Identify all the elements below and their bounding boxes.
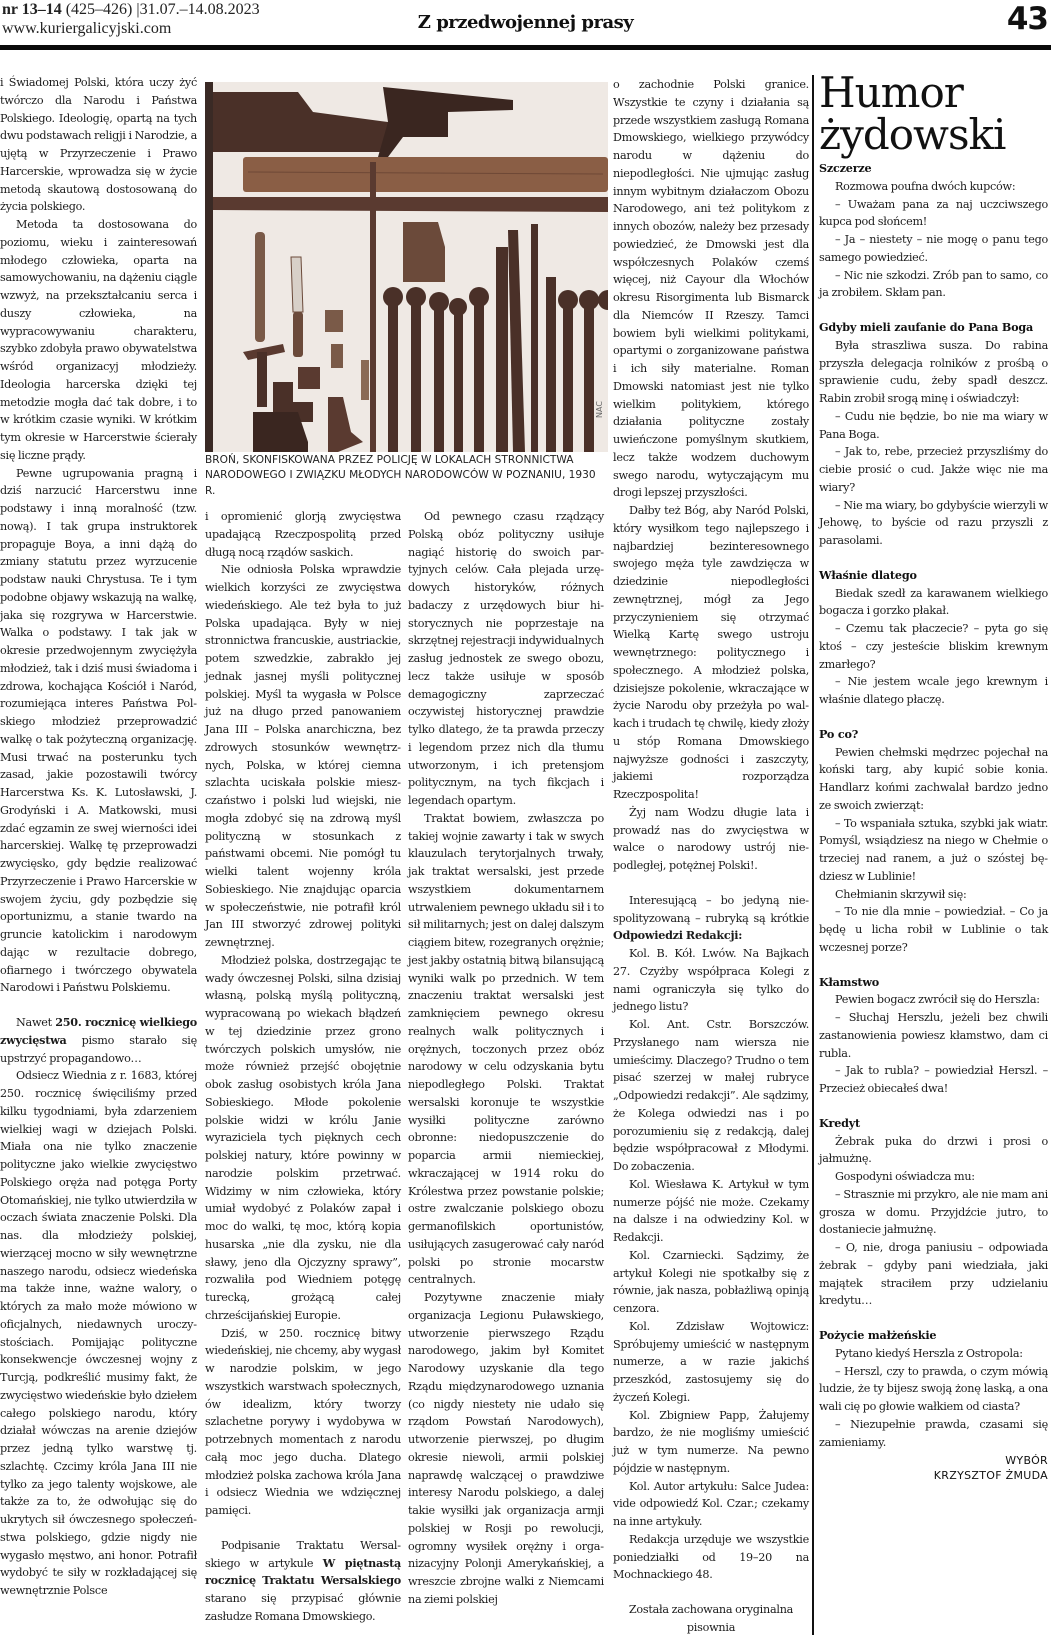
humor-sidebar: Humor żydowski Szczerze Rozmowa poufna d… <box>819 70 1048 1483</box>
paragraph: i opromienić glorją zwycięstwa upadającą… <box>205 508 401 561</box>
joke-title: Właśnie dlatego <box>819 567 1048 585</box>
header-rule <box>0 45 1051 50</box>
photo-caption: Broń, skonfiskowana przez policję w loka… <box>205 453 605 499</box>
paragraph: i Świadomej Polski, która uczy żyć twórc… <box>0 74 197 216</box>
spelling-note: Została zachowana oryginalna pisownia <box>613 1601 809 1637</box>
section-title: Z przedwojennej prasy <box>0 12 1051 33</box>
paragraph: Traktat bowiem, zwłaszcza po takiej wojn… <box>408 810 604 1289</box>
joke-title: Po co? <box>819 726 1048 744</box>
editorial-answer: Kol. B. Kół. Lwów. Na Bajkach 27. Czyżby… <box>613 945 809 1016</box>
editorial-answer: Kol. Czarniecki. Sądzimy, że artykuł Kol… <box>613 1247 809 1318</box>
paragraph: Odsiecz Wiednia z r. 1683, której 250. r… <box>0 1067 197 1600</box>
editorial-answer: Kol. Autor artykułu: Salce Ju­dea: vide … <box>613 1478 809 1531</box>
paragraph: Od pewnego czasu rządzący Polską obóz po… <box>408 508 604 810</box>
excerpt-intro: Interesującą – bo jedyną nie­spolityzowa… <box>613 892 809 945</box>
page-header: nr 13–14 (425–426) |31.07.–14.08.2023 ww… <box>0 0 1051 44</box>
excerpt-title: Odpowiedzi Redakcji: <box>613 928 742 942</box>
joke-body: Pewien chełmski mędrzec pojechał na końs… <box>819 744 1048 957</box>
humor-title: Humor żydowski <box>819 72 1048 156</box>
column-divider <box>812 75 814 1635</box>
joke-title: Kredyt <box>819 1115 1048 1133</box>
joke-body: Pewien bogacz zwrócił się do Herszla: – … <box>819 991 1048 1098</box>
paragraph: Pewne ugrupowania pragną i dziś narzucić… <box>0 465 197 998</box>
weapons-image <box>213 82 608 452</box>
excerpt-intro: Nawet 250. rocznicę wiel­kiego zwycięstw… <box>0 1014 197 1067</box>
paragraph: Żyj nam Wodzu długie lata i prowadź nas … <box>613 804 809 875</box>
page-number: 43 <box>1007 0 1048 38</box>
paragraph: Metoda ta dostosowana do poziomu, wieku … <box>0 216 197 465</box>
paragraph: Młodzież polska, dostrzegając te wady ów… <box>205 952 401 1325</box>
article-column-4: o zachodnie Polski granice. Wszystkie te… <box>613 76 809 1637</box>
editorial-answer: Redakcja urzęduje we wszystkie poniedzia… <box>613 1531 809 1584</box>
editorial-answer: Kol. Zdzisław Wojtowicz: Spróbujemy umie… <box>613 1318 809 1407</box>
paragraph: Pozytywne znaczenie miały organizacja Le… <box>408 1289 604 1609</box>
joke-title: Szczerze <box>819 160 1048 178</box>
photo-credit: NAC <box>595 401 604 418</box>
editorial-answer: Kol. Ant. Cstr. Borszczów. Przysłanego n… <box>613 1016 809 1176</box>
paragraph: o zachodnie Polski granice. Wszystkie te… <box>613 76 809 502</box>
editorial-answer: Kol. Wiesława K. Artykuł w tym numerze p… <box>613 1176 809 1247</box>
joke-title: Kłamstwo <box>819 974 1048 992</box>
article-column-2: i opromienić glorją zwycięstwa upadającą… <box>205 508 401 1626</box>
joke-title: Gdyby mieli zaufanie do Pana Boga <box>819 319 1048 337</box>
article-column-1: i Świadomej Polski, która uczy żyć twórc… <box>0 74 197 1600</box>
excerpt-intro: Podpisanie Traktatu Wersal­skiego w arty… <box>205 1537 401 1626</box>
confiscated-weapons-photo <box>205 82 608 452</box>
joke-body: Rozmowa poufna dwóch kupców: – Uważam pa… <box>819 178 1048 302</box>
paragraph: Dziś, w 250. rocznicę bi­twy wiedeńskiej… <box>205 1325 401 1520</box>
joke-body: Pytano kiedyś Herszla z Ostropola: – Her… <box>819 1345 1048 1452</box>
joke-body: Żebrak puka do drzwi i prosi o jałmużnę.… <box>819 1133 1048 1311</box>
editorial-answer: Kol. Zbigniew Papp, Żału­jemy bardzo, że… <box>613 1407 809 1478</box>
author-signature: WYBÓR KRZYSZTOF ŻMUDA <box>819 1453 1048 1483</box>
joke-body: Była straszliwa susza. Do rabina przyszł… <box>819 337 1048 550</box>
paragraph: Dałby też Bóg, aby Naród Polski, który w… <box>613 502 809 804</box>
joke-body: Biedak szedł za karawa­nem wielkiego bog… <box>819 585 1048 709</box>
paragraph: Nie odniosła Polska wpraw­dzie wielkich … <box>205 561 401 952</box>
article-column-3: Od pewnego czasu rządzący Polską obóz po… <box>408 508 604 1609</box>
joke-title: Pożycie małżeńskie <box>819 1327 1048 1345</box>
